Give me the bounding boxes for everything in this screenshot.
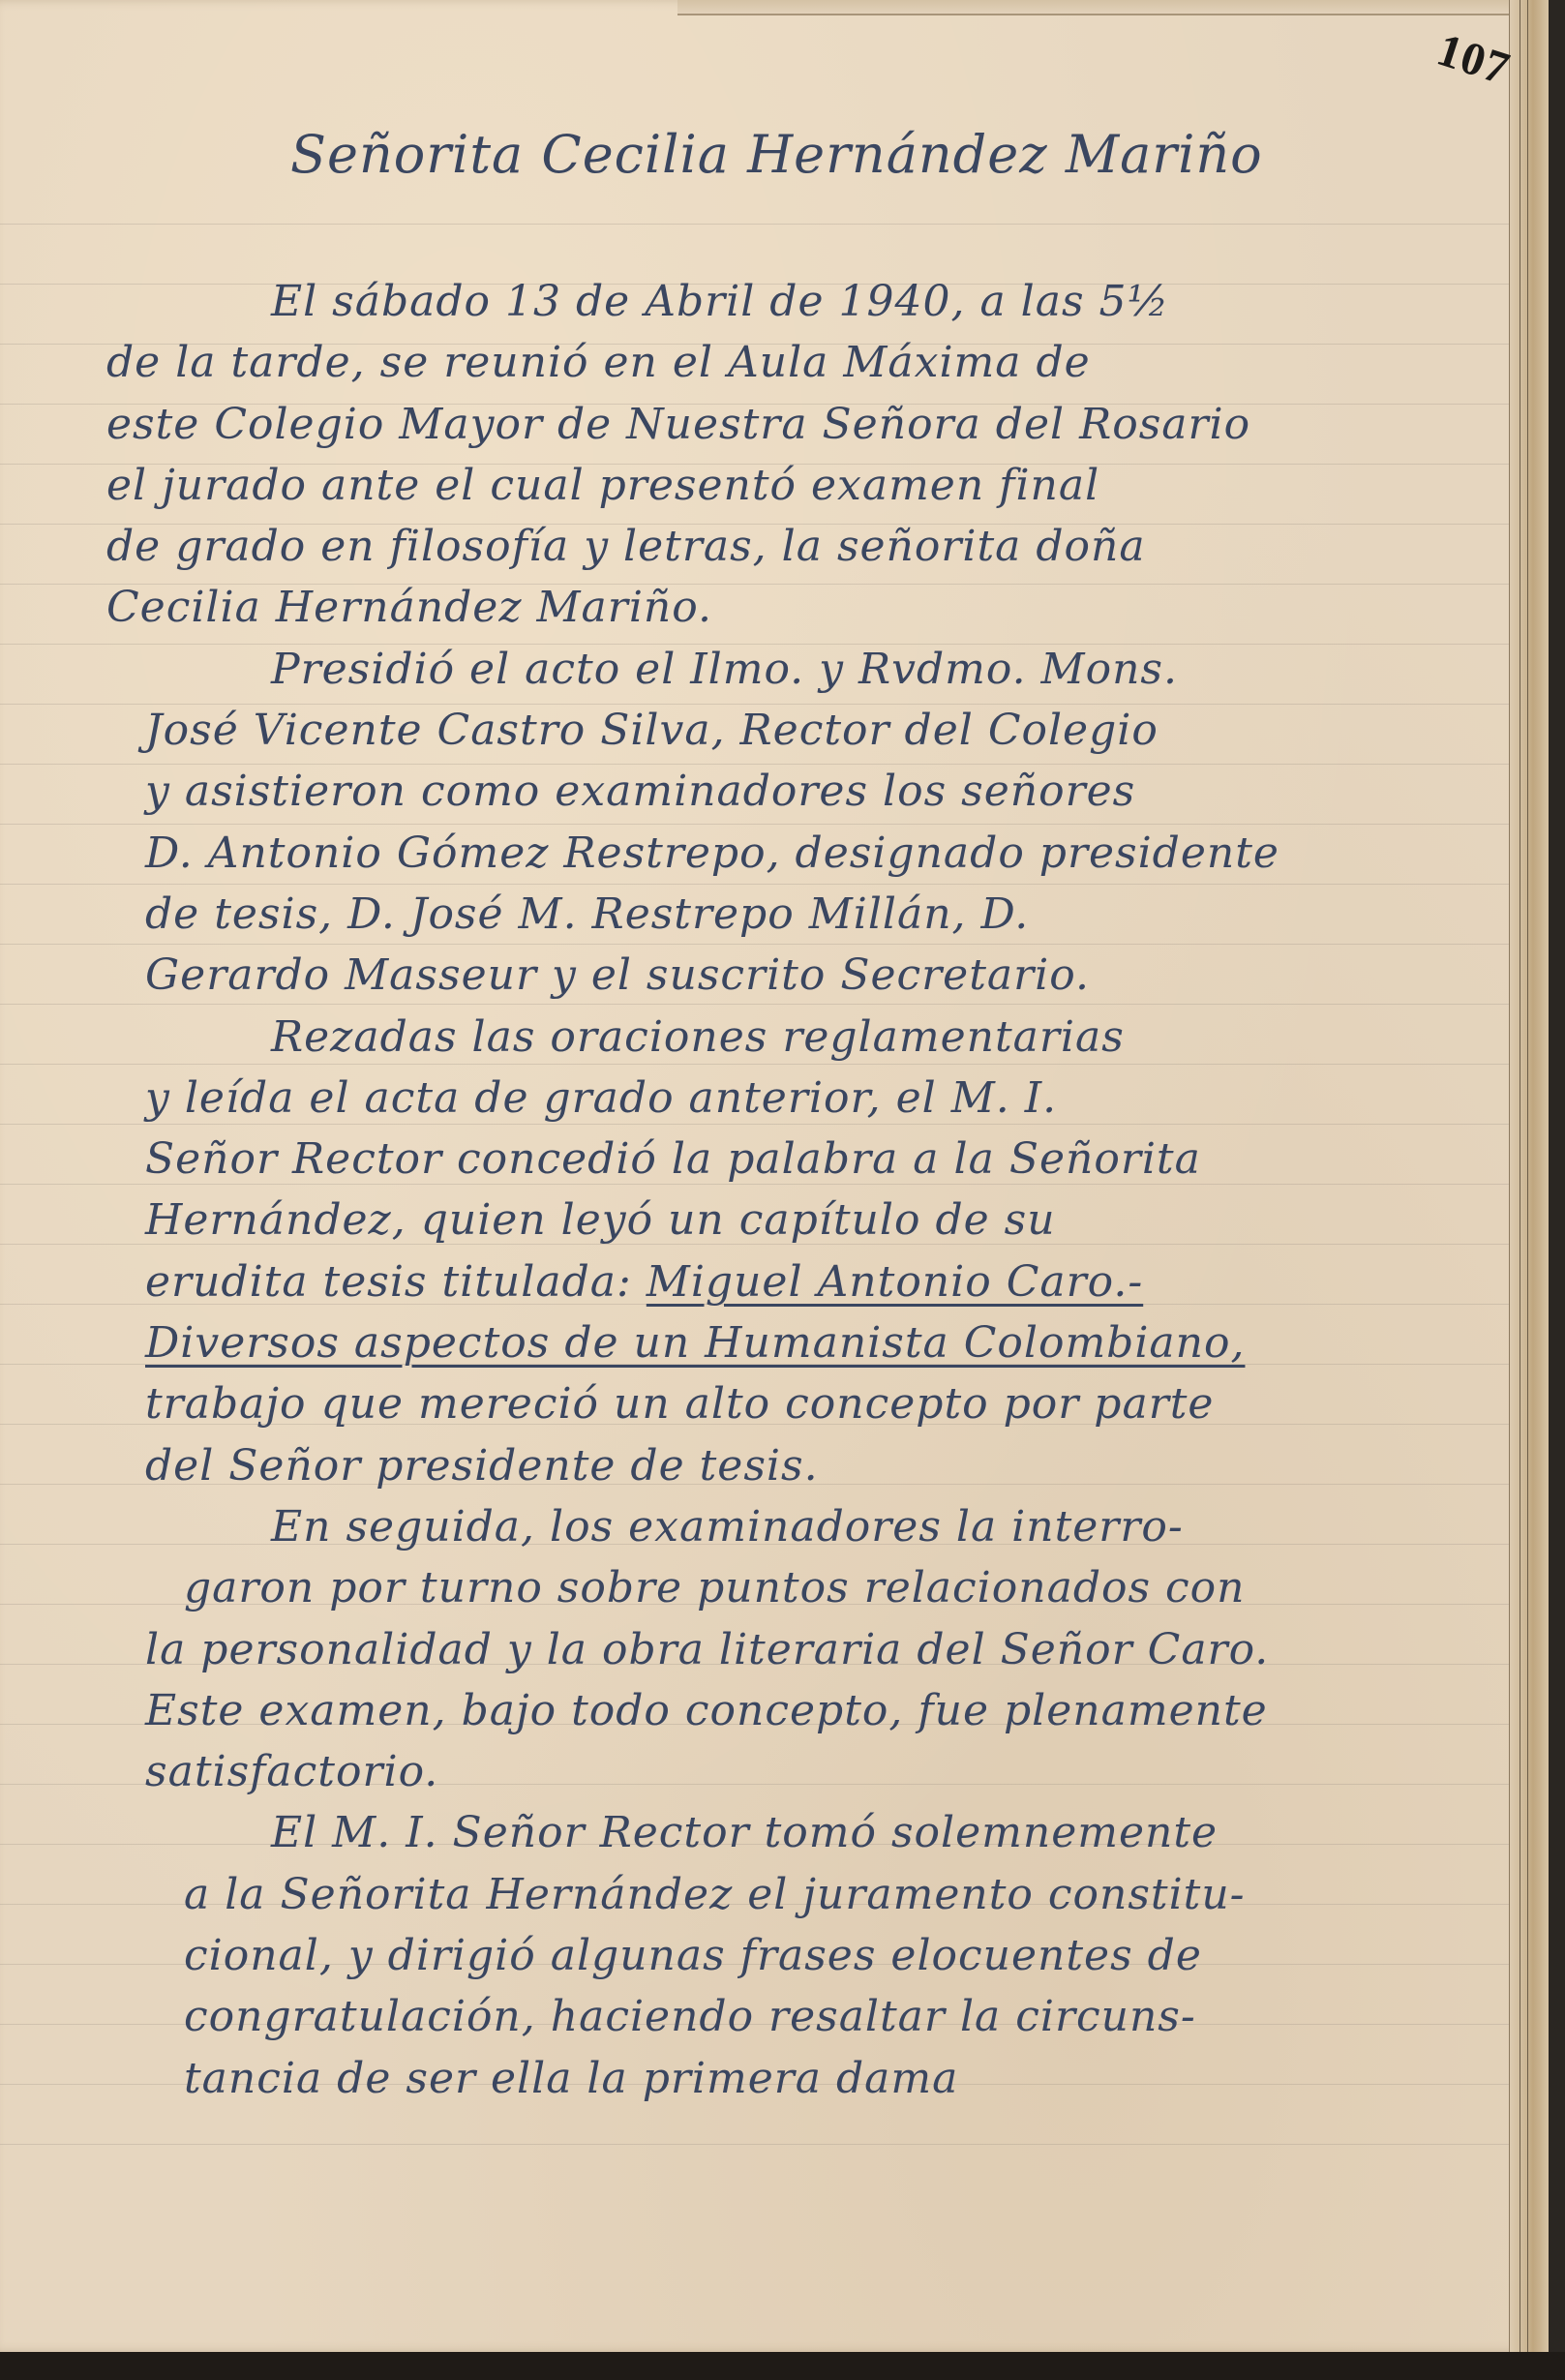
line-text: congratulación, haciendo resaltar la cir… (184, 1992, 1196, 2041)
line-text: de la tarde, se reunió en el Aula Máxima… (106, 338, 1091, 387)
handwritten-line: de grado en filosofía y letras, la señor… (106, 516, 1510, 577)
line-text: Este examen, bajo todo concepto, fue ple… (145, 1686, 1268, 1735)
line-text: José Vicente Castro Silva, Rector del Co… (145, 706, 1159, 755)
line-text: Señor Rector concedió la palabra a la Se… (145, 1134, 1201, 1184)
line-text: de tesis, D. José M. Restrepo Millán, D. (145, 889, 1029, 939)
line-text: Cecilia Hernández Mariño. (106, 583, 712, 632)
line-text: El M. I. Señor Rector tomó solemnemente (271, 1808, 1218, 1857)
line-text: y leída el acta de grado anterior, el M.… (145, 1073, 1057, 1123)
handwritten-line: erudita tesis titulada: Miguel Antonio C… (106, 1251, 1510, 1312)
handwritten-line: del Señor presidente de tesis. (106, 1435, 1510, 1496)
document-title: Señorita Cecilia Hernández Mariño (290, 124, 1263, 185)
line-text: cional, y dirigió algunas frases elocuen… (184, 1931, 1202, 1980)
handwritten-line: Rezadas las oraciones reglamentarias (106, 1007, 1510, 1068)
handwritten-line: y leída el acta de grado anterior, el M.… (106, 1068, 1510, 1129)
underlined-thesis-title: Diversos aspectos de un Humanista Colomb… (145, 1318, 1245, 1368)
handwritten-line: Hernández, quien leyó un capítulo de su (106, 1190, 1510, 1250)
line-text: a la Señorita Hernández el juramento con… (184, 1870, 1246, 1919)
handwritten-line: el jurado ante el cual presentó examen f… (106, 455, 1510, 516)
handwritten-line: este Colegio Mayor de Nuestra Señora del… (106, 394, 1510, 455)
line-text: este Colegio Mayor de Nuestra Señora del… (106, 400, 1250, 449)
line-text: tancia de ser ella la primera dama (184, 2054, 958, 2103)
line-text: la personalidad y la obra literaria del … (145, 1625, 1269, 1674)
line-text: el jurado ante el cual presentó examen f… (106, 461, 1099, 510)
handwritten-line: de la tarde, se reunió en el Aula Máxima… (106, 332, 1510, 393)
handwritten-line: Señor Rector concedió la palabra a la Se… (106, 1129, 1510, 1190)
handwritten-line: Diversos aspectos de un Humanista Colomb… (106, 1312, 1510, 1373)
handwritten-line: a la Señorita Hernández el juramento con… (106, 1864, 1510, 1925)
line-text: de grado en filosofía y letras, la señor… (106, 522, 1146, 571)
handwritten-line: Presidió el acto el Ilmo. y Rvdmo. Mons. (106, 639, 1510, 700)
line-text: erudita tesis titulada: (145, 1257, 632, 1307)
line-text: En seguida, los examinadores la interro- (271, 1502, 1184, 1552)
handwritten-line: cional, y dirigió algunas frases elocuen… (106, 1925, 1510, 1986)
handwritten-line: Este examen, bajo todo concepto, fue ple… (106, 1680, 1510, 1741)
handwritten-line: y asistieron como examinadores los señor… (106, 761, 1510, 822)
handwritten-line: El sábado 13 de Abril de 1940, a las 5½ (106, 271, 1510, 332)
handwritten-body: El sábado 13 de Abril de 1940, a las 5½d… (106, 271, 1510, 2109)
line-text: Hernández, quien leyó un capítulo de su (145, 1195, 1056, 1245)
page-number: 107 (1430, 23, 1516, 96)
handwritten-line: Cecilia Hernández Mariño. (106, 577, 1510, 638)
line-text: Presidió el acto el Ilmo. y Rvdmo. Mons. (271, 645, 1178, 694)
underlined-thesis-title: Miguel Antonio Caro.- (647, 1257, 1143, 1307)
handwritten-line: congratulación, haciendo resaltar la cir… (106, 1986, 1510, 2047)
line-text: Gerardo Masseur y el suscrito Secretario… (145, 950, 1090, 1000)
line-text: D. Antonio Gómez Restrepo, designado pre… (145, 828, 1279, 878)
top-fold (677, 0, 1549, 15)
handwritten-line: El M. I. Señor Rector tomó solemnemente (106, 1802, 1510, 1863)
line-text: El sábado 13 de Abril de 1940, a las 5½ (271, 277, 1169, 326)
handwritten-line: garon por turno sobre puntos relacionado… (106, 1557, 1510, 1618)
scan-bottom-border (0, 2352, 1565, 2380)
page-edge-stack (1509, 0, 1549, 2352)
document-page: 107 Señorita Cecilia Hernández Mariño El… (0, 0, 1549, 2352)
line-text: trabajo que mereció un alto concepto por… (145, 1379, 1214, 1429)
handwritten-line: la personalidad y la obra literaria del … (106, 1619, 1510, 1680)
handwritten-line: En seguida, los examinadores la interro- (106, 1496, 1510, 1557)
handwritten-line: D. Antonio Gómez Restrepo, designado pre… (106, 823, 1510, 884)
handwritten-line: trabajo que mereció un alto concepto por… (106, 1373, 1510, 1434)
line-text: garon por turno sobre puntos relacionado… (184, 1563, 1246, 1612)
line-text: satisfactorio. (145, 1747, 438, 1796)
handwritten-line: de tesis, D. José M. Restrepo Millán, D. (106, 884, 1510, 945)
handwritten-line: Gerardo Masseur y el suscrito Secretario… (106, 945, 1510, 1006)
line-text: del Señor presidente de tesis. (145, 1441, 819, 1491)
handwritten-line: José Vicente Castro Silva, Rector del Co… (106, 700, 1510, 761)
handwritten-line: tancia de ser ella la primera dama (106, 2048, 1510, 2109)
line-text: y asistieron como examinadores los señor… (145, 767, 1135, 816)
line-text: Rezadas las oraciones reglamentarias (271, 1012, 1125, 1062)
handwritten-line: satisfactorio. (106, 1741, 1510, 1802)
